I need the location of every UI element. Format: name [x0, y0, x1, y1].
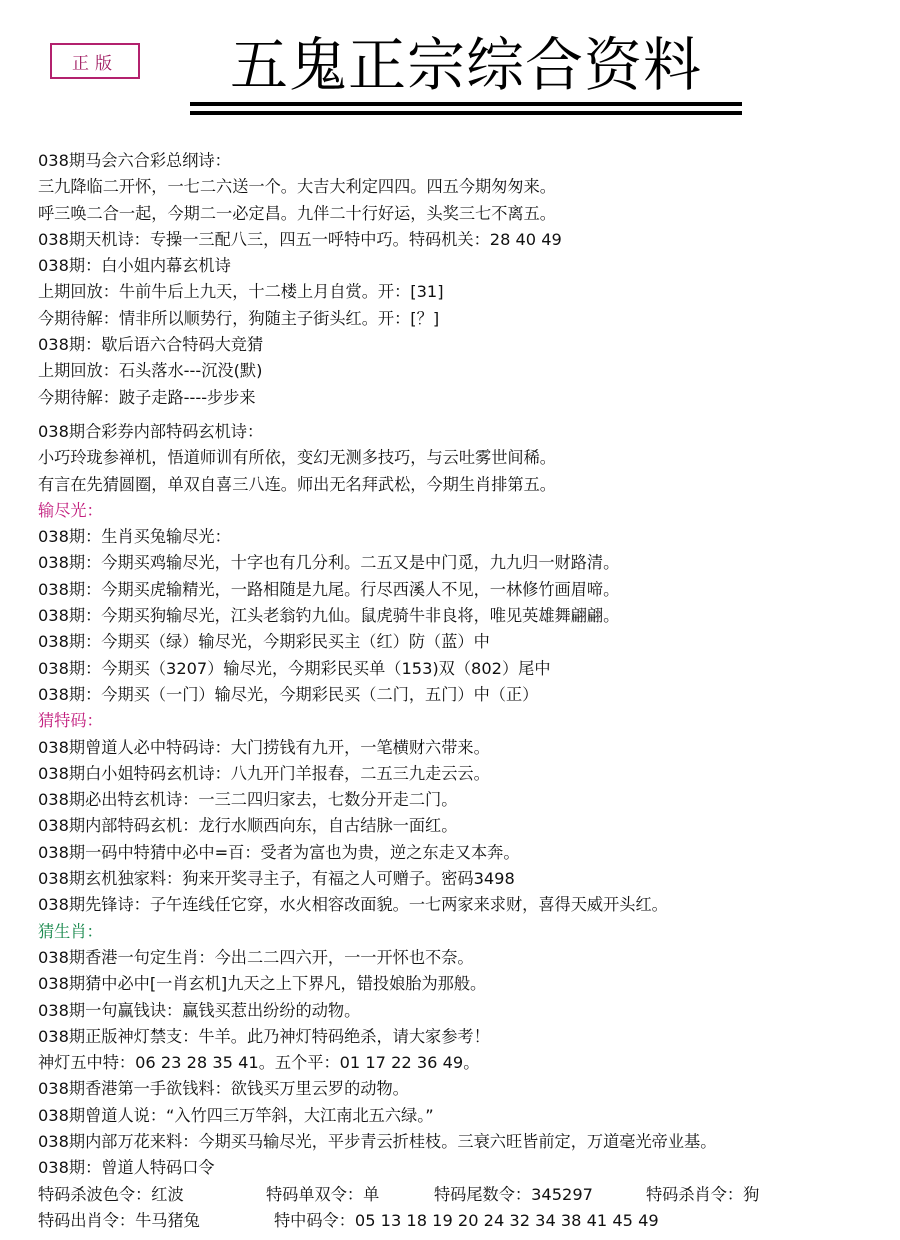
authentic-badge: 正版 [50, 43, 140, 79]
badge-label: 正版 [72, 49, 118, 74]
kill-wave-color-command: 特码杀波色令：红波 [38, 1182, 266, 1208]
poem-block: 038期马会六合彩总纲诗： 三九降临二开怀，一七二六送一个。大吉大利定四四。四五… [38, 148, 888, 411]
page-title: 五鬼正宗综合资料 [190, 30, 742, 100]
section-lose: 输尽光： 038期：生肖买兔输尽光： 038期：今期买鸡输尽光，十字也有几分利。… [38, 498, 888, 708]
section-heading: 输尽光： [38, 498, 888, 524]
text-line: 038期香港第一手欲钱料：欲钱买万里云罗的动物。 [38, 1076, 888, 1102]
text-line: 038期：今期买狗输尽光，江头老翁钓九仙。鼠虎骑牛非良将，唯见英雄舞翩翩。 [38, 603, 888, 629]
text-line: 038期：今期买鸡输尽光，十字也有几分利。二五又是中门觅，九九归一财路清。 [38, 550, 888, 576]
text-line: 038期正版神灯禁支：牛羊。此乃神灯特码绝杀，请大家参考！ [38, 1024, 888, 1050]
text-line: 038期天机诗：专操一三配八三，四五一呼特中巧。特码机关：28 40 49 [38, 227, 888, 253]
text-line: 038期：歇后语六合特码大竞猜 [38, 332, 888, 358]
text-line: 今期待解：情非所以顺势行，狗随主子街头红。开：[？] [38, 306, 888, 332]
hit-code-command: 特中码令：05 13 18 19 20 24 32 34 38 41 45 49 [274, 1208, 659, 1234]
text-line: 038期曾道人必中特码诗：大门捞钱有九开，一笔横财六带来。 [38, 735, 888, 761]
text-line: 038期必出特玄机诗：一三二四归家去，七数分开走二门。 [38, 787, 888, 813]
text-line: 038期：曾道人特码口令 [38, 1155, 888, 1181]
text-line: 038期先锋诗：子午连线任它穿，水火相容改面貌。一七两家来求财，喜得天威开头红。 [38, 892, 888, 918]
text-line: 038期：今期买（3207）输尽光，今期彩民买单（153)双（802）尾中 [38, 656, 888, 682]
internal-poem-block: 038期合彩券内部特码玄机诗： 小巧玲珑参禅机，悟道师训有所依，变幻无测多技巧，… [38, 419, 888, 498]
text-line: 小巧玲珑参禅机，悟道师训有所依，变幻无测多技巧，与云吐雾世间稀。 [38, 445, 888, 471]
text-line: 038期：生肖买兔输尽光： [38, 524, 888, 550]
command-row: 特码出肖令：牛马猪兔特中码令：05 13 18 19 20 24 32 34 3… [38, 1208, 888, 1234]
section-heading: 猜特码： [38, 708, 888, 734]
text-line: 有言在先猜圆圈，单双自喜三八连。师出无名拜武松，今期生肖排第五。 [38, 472, 888, 498]
odd-even-command: 特码单双令：单 [266, 1182, 434, 1208]
text-line: 038期猜中必中[一肖玄机]九天之上下界凡，错投娘胎为那般。 [38, 971, 888, 997]
text-line: 038期马会六合彩总纲诗： [38, 148, 888, 174]
text-line: 038期一句赢钱诀：赢钱买惹出纷纷的动物。 [38, 998, 888, 1024]
text-line: 呼三唤二合一起，今期二一必定昌。九伴二十行好运，头奖三七不离五。 [38, 201, 888, 227]
text-line: 038期内部特码玄机：龙行水顺西向东，自古结脉一面红。 [38, 813, 888, 839]
text-line: 038期曾道人说：“入竹四三万竿斜，大江南北五六绿。” [38, 1103, 888, 1129]
text-line: 038期一码中特猜中必中=百：受者为富也为贵，逆之东走又本奔。 [38, 840, 888, 866]
text-line: 038期香港一句定生肖：今出二二四六开，一一开怀也不奈。 [38, 945, 888, 971]
section-heading: 猜生肖： [38, 919, 888, 945]
text-line: 038期白小姐特码玄机诗：八九开门羊报春，二五三九走云云。 [38, 761, 888, 787]
text-line: 038期玄机独家料：狗来开奖寻主子，有福之人可赠子。密码3498 [38, 866, 888, 892]
zodiac-out-command: 特码出肖令：牛马猪兔 [38, 1208, 274, 1234]
section-guess-zodiac: 猜生肖： 038期香港一句定生肖：今出二二四六开，一一开怀也不奈。 038期猜中… [38, 919, 888, 1182]
section-guess-code: 猜特码： 038期曾道人必中特码诗：大门捞钱有九开，一笔横财六带来。 038期白… [38, 708, 888, 918]
text-line: 上期回放：牛前牛后上九天，十二楼上月自赏。开：[31] [38, 279, 888, 305]
text-line: 三九降临二开怀，一七二六送一个。大吉大利定四四。四五今期匆匆来。 [38, 174, 888, 200]
text-line: 038期：今期买虎输精光，一路相随是九尾。行尽西溪人不见，一林修竹画眉啼。 [38, 577, 888, 603]
title-underline-bottom [190, 111, 742, 115]
text-line: 今期待解：跛子走路----步步来 [38, 385, 888, 411]
command-block: 特码杀波色令：红波特码单双令：单特码尾数令：345297特码杀肖令：狗 特码出肖… [38, 1182, 888, 1235]
document-body: 038期马会六合彩总纲诗： 三九降临二开怀，一七二六送一个。大吉大利定四四。四五… [38, 148, 888, 1234]
command-row: 特码杀波色令：红波特码单双令：单特码尾数令：345297特码杀肖令：狗 [38, 1182, 888, 1208]
title-underline-top [190, 102, 742, 106]
text-line: 038期内部万花来料：今期买马输尽光，平步青云折桂枝。三衰六旺皆前定，万道毫光帝… [38, 1129, 888, 1155]
text-line: 神灯五中特：06 23 28 35 41。五个平：01 17 22 36 49。 [38, 1050, 888, 1076]
spacer [38, 411, 888, 419]
text-line: 038期：白小姐内幕玄机诗 [38, 253, 888, 279]
tail-number-command: 特码尾数令：345297 [434, 1182, 646, 1208]
text-line: 038期合彩券内部特码玄机诗： [38, 419, 888, 445]
kill-zodiac-command: 特码杀肖令：狗 [646, 1182, 759, 1208]
text-line: 上期回放：石头落水---沉没(默) [38, 358, 888, 384]
text-line: 038期：今期买（绿）输尽光，今期彩民买主（红）防（蓝）中 [38, 629, 888, 655]
text-line: 038期：今期买（一门）输尽光，今期彩民买（二门，五门）中（正） [38, 682, 888, 708]
